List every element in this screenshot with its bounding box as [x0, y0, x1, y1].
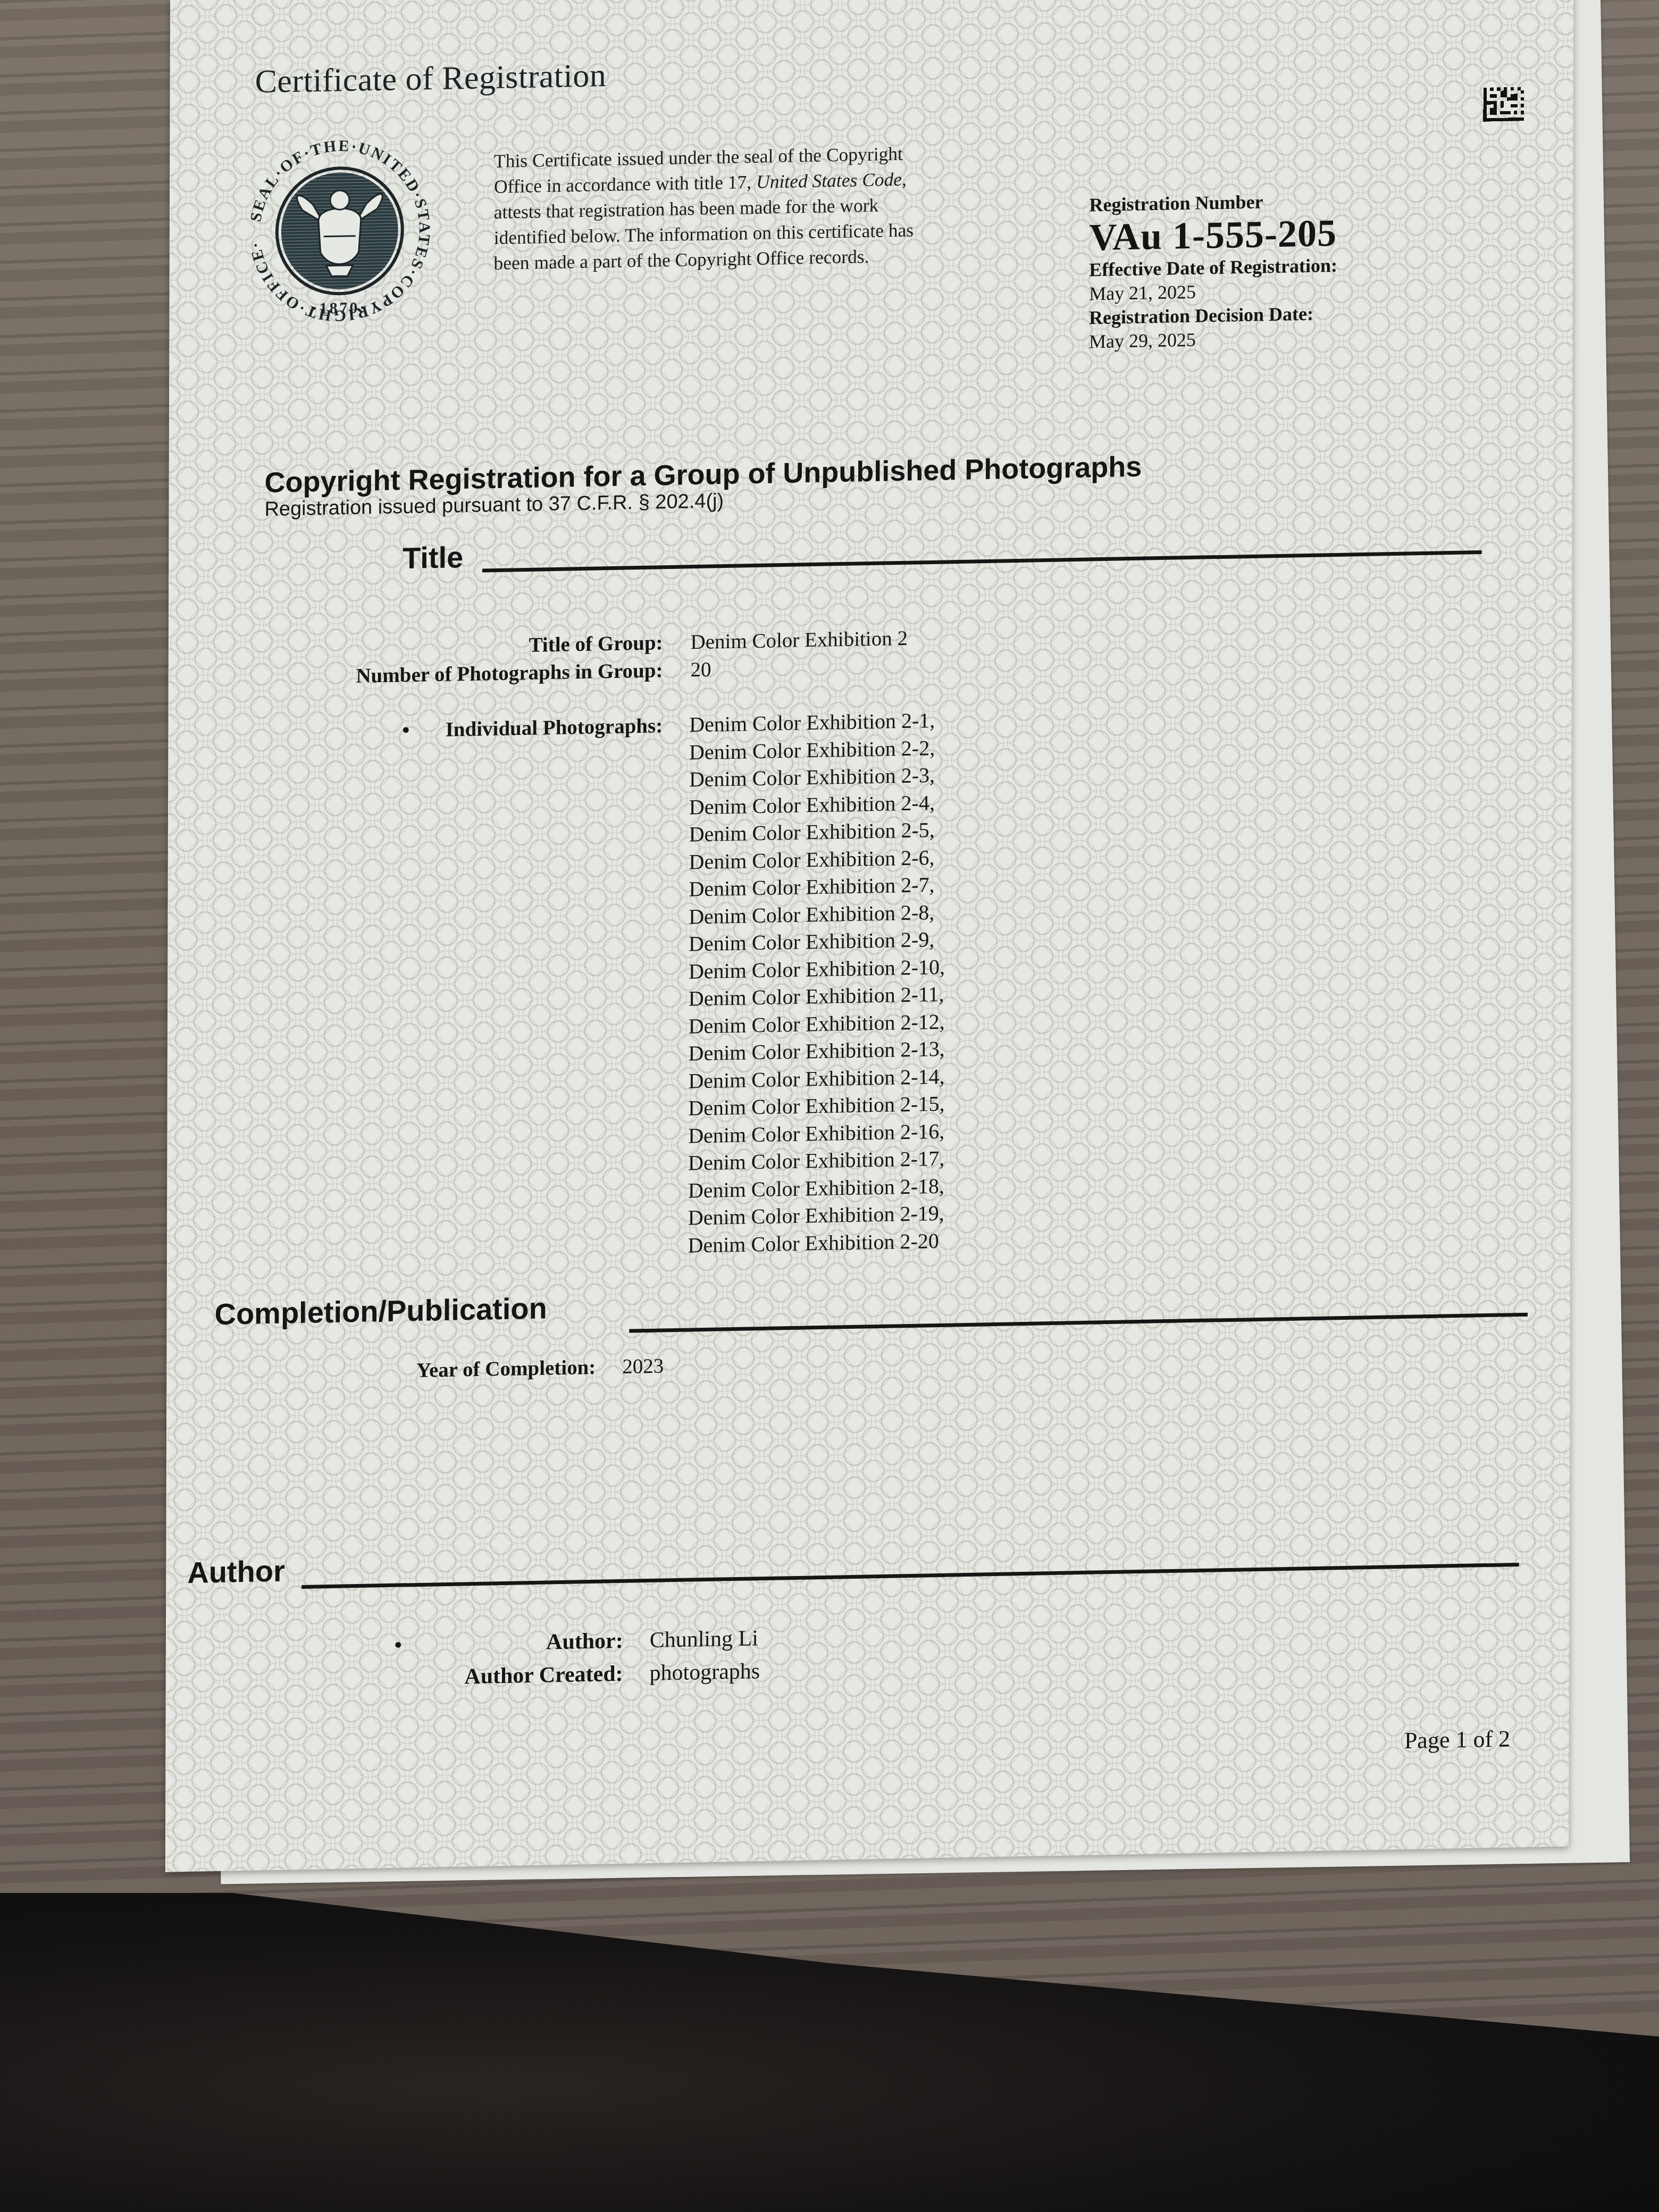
certificate-notice: This Certificate issued under the seal o…: [494, 139, 1026, 276]
copyright-office-seal-icon: SEAL·OF·THE·UNITED·STATES·COPYRIGHT·OFFI…: [238, 128, 441, 334]
author-value: Chunling Li: [650, 1622, 758, 1657]
photo-list: Denim Color Exhibition 2-1,Denim Color E…: [688, 706, 946, 1259]
author-created-row: Author Created: photographs: [395, 1655, 760, 1695]
photo-list-item: Denim Color Exhibition 2-4,: [689, 789, 945, 820]
author-label: Author:: [426, 1624, 623, 1661]
section-heading-author: Author: [187, 1554, 285, 1590]
photo-list-item: Denim Color Exhibition 2-8,: [689, 898, 945, 930]
photo-list-item: Denim Color Exhibition 2-16,: [688, 1117, 944, 1149]
author-created-value: photographs: [649, 1655, 760, 1690]
section-rule: [629, 1313, 1528, 1333]
individual-photographs-label: Individual Photographs:: [439, 712, 663, 744]
photo-list-item: Denim Color Exhibition 2-13,: [689, 1035, 945, 1067]
completion-year-row: Year of Completion: 2023: [416, 1352, 664, 1385]
photo-list-item: Denim Color Exhibition 2-12,: [689, 1008, 945, 1040]
author-details: • Author: Chunling Li Author Created: ph…: [395, 1622, 760, 1695]
certificate-title: Certificate of Registration: [255, 57, 606, 101]
photo-list-item: Denim Color Exhibition 2-19,: [688, 1200, 944, 1231]
section-heading-completion: Completion/Publication: [214, 1291, 547, 1331]
photo-list-item: Denim Color Exhibition 2-1,: [689, 706, 945, 738]
group-title-value: Denim Color Exhibition 2: [691, 625, 908, 656]
individual-photographs: • Individual Photographs: Denim Color Ex…: [401, 706, 946, 1264]
page-number: Page 1 of 2: [1404, 1725, 1510, 1754]
photo-list-item: Denim Color Exhibition 2-7,: [689, 871, 945, 903]
completion-year-label: Year of Completion:: [416, 1354, 596, 1385]
author-created-label: Author Created:: [426, 1657, 623, 1694]
photo-list-item: Denim Color Exhibition 2-5,: [689, 816, 945, 848]
section-heading-title: Title: [403, 540, 463, 575]
bullet-icon: •: [402, 716, 439, 744]
certificate-page: Certificate of Registration SEAL·OF·THE·…: [165, 0, 1574, 1872]
photo-list-item: Denim Color Exhibition 2-11,: [689, 981, 945, 1012]
photo-list-item: Denim Color Exhibition 2-17,: [688, 1145, 944, 1177]
datamatrix-code-icon: [1483, 87, 1524, 121]
title-details: Title of Group: Denim Color Exhibition 2…: [296, 625, 908, 691]
photo-list-item: Denim Color Exhibition 2-20: [688, 1227, 944, 1259]
registration-info: Registration Number VAu 1-555-205 Effect…: [1089, 187, 1462, 354]
section-rule: [482, 550, 1482, 572]
bullet-icon: •: [395, 1628, 426, 1662]
svg-text:·1870·: ·1870·: [312, 299, 367, 317]
photo-list-item: Denim Color Exhibition 2-18,: [688, 1172, 944, 1204]
photo-list-item: Denim Color Exhibition 2-10,: [689, 953, 945, 985]
photo-list-item: Denim Color Exhibition 2-14,: [688, 1062, 944, 1094]
photo-list-item: Denim Color Exhibition 2-9,: [689, 926, 945, 958]
completion-year-value: 2023: [622, 1352, 664, 1380]
photo-list-item: Denim Color Exhibition 2-3,: [689, 761, 945, 793]
photo-list-item: Denim Color Exhibition 2-2,: [689, 734, 945, 766]
photo-count-value: 20: [690, 656, 711, 684]
photo-list-item: Denim Color Exhibition 2-6,: [689, 843, 945, 875]
registration-number: VAu 1-555-205: [1089, 210, 1461, 258]
photo-list-item: Denim Color Exhibition 2-15,: [688, 1090, 944, 1122]
section-rule: [301, 1563, 1519, 1589]
